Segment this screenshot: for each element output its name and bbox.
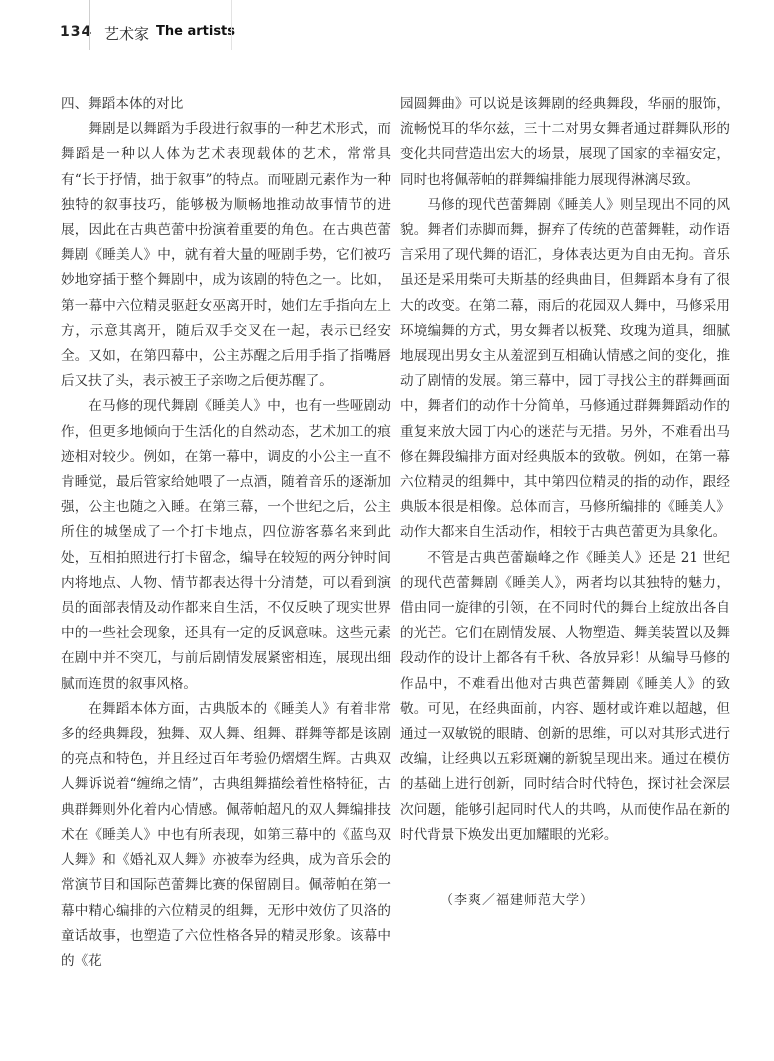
body-paragraph: 在舞蹈本体方面，古典版本的《睡美人》有着非常多的经典舞段，独舞、双人舞、组舞、群… xyxy=(61,697,391,974)
body-paragraph: 在马修的现代舞剧《睡美人》中，也有一些哑剧动作，但更多地倾向于生活化的自然动态，… xyxy=(61,394,391,696)
author-byline: （李爽／福建师范大学） xyxy=(400,888,730,913)
body-paragraph: 舞剧是以舞蹈为手段进行叙事的一种艺术形式，而舞蹈是一种以人体为艺术表现载体的艺术… xyxy=(61,117,391,394)
page-number: 134 xyxy=(60,24,92,40)
left-column: 四、舞蹈本体的对比 舞剧是以舞蹈为手段进行叙事的一种艺术形式，而舞蹈是一种以人体… xyxy=(61,92,391,974)
section-title: 四、舞蹈本体的对比 xyxy=(61,92,391,117)
header-divider xyxy=(89,0,90,50)
running-header: 134 艺术家 The artists xyxy=(0,0,240,55)
magazine-title-cn: 艺术家 xyxy=(104,23,149,44)
right-column: 园圆舞曲》可以说是该舞剧的经典舞段，华丽的服饰，流畅悦耳的华尔兹，三十二对男女舞… xyxy=(400,92,730,913)
body-paragraph: 不管是古典芭蕾巅峰之作《睡美人》还是 21 世纪的现代芭蕾舞剧《睡美人》，两者均… xyxy=(400,546,730,848)
body-paragraph: 马修的现代芭蕾舞剧《睡美人》则呈现出不同的风貌。舞者们赤脚而舞，摒弃了传统的芭蕾… xyxy=(400,193,730,546)
magazine-title-en: The artists xyxy=(156,24,235,39)
header-divider-right xyxy=(231,0,232,50)
body-paragraph-continuation: 园圆舞曲》可以说是该舞剧的经典舞段，华丽的服饰，流畅悦耳的华尔兹，三十二对男女舞… xyxy=(400,92,730,193)
